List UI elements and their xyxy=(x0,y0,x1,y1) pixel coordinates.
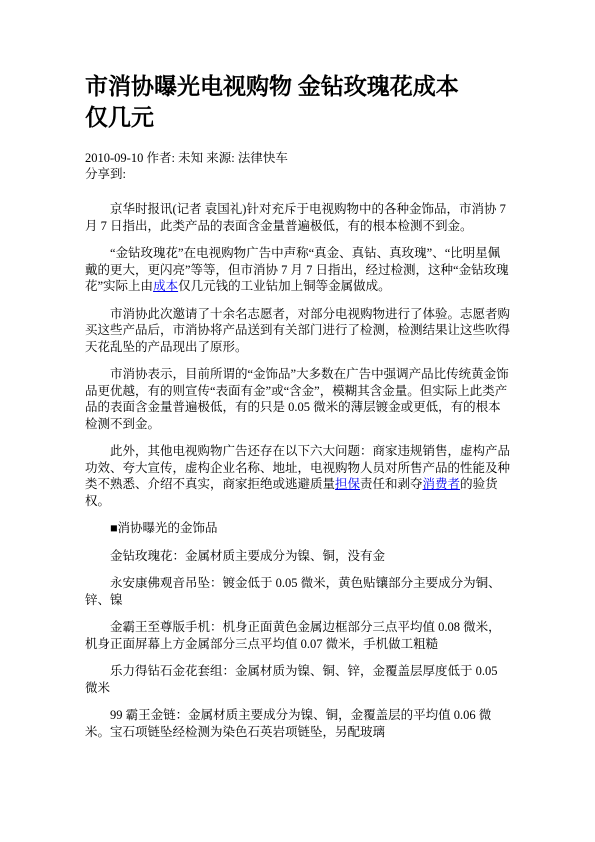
article-title-line2: 仅几元 xyxy=(85,105,154,130)
inline-link[interactable]: 担保 xyxy=(335,477,360,491)
inline-link[interactable]: 消费者 xyxy=(423,477,461,491)
article-title: 市消协曝光电视购物 金钻玫瑰花成本仅几元 xyxy=(85,71,511,133)
share-label: 分享到: xyxy=(85,166,511,182)
exposed-item-phone: 金霸王至尊版手机：机身正面黄色金属边框部分三点平均值 0.08 微米，机身正面屏… xyxy=(85,619,511,652)
volunteers-paragraph: 市消协此次邀请了十余名志愿者，对部分电视购物进行了体验。志愿者购买这些产品后，市… xyxy=(85,306,511,356)
section-heading: ■消协曝光的金饰品 xyxy=(85,520,511,537)
author-value: 未知 xyxy=(178,151,203,165)
article-date: 2010-09-10 xyxy=(85,151,143,165)
article-body: 京华时报讯(记者 袁国礼)针对充斥于电视购物中的各种金饰品，市消协 7 月 7 … xyxy=(85,201,511,740)
inline-link[interactable]: 成本 xyxy=(153,279,178,293)
exposed-item-flower-set: 乐力得钻石金花套组：金属材质为镍、铜、锌，金覆盖层厚度低于 0.05 微米 xyxy=(85,663,511,696)
article-title-line1: 市消协曝光电视购物 金钻玫瑰花成本 xyxy=(85,74,459,99)
author-label: 作者: xyxy=(146,151,174,165)
gold-content-paragraph: 市消协表示，目前所谓的“金饰品”大多数在广告中强调产品比传统黄金饰品更优越，有的… xyxy=(85,366,511,432)
rose-claim-paragraph: “金钻玫瑰花”在电视购物广告中声称“真金、真钻、真玫瑰”、“比明星佩戴的更大，更… xyxy=(85,245,511,295)
document-page: 市消协曝光电视购物 金钻玫瑰花成本仅几元 2010-09-10 作者: 未知 来… xyxy=(0,0,595,842)
intro-paragraph: 京华时报讯(记者 袁国礼)针对充斥于电视购物中的各种金饰品，市消协 7 月 7 … xyxy=(85,201,511,234)
article-meta-line: 2010-09-10 作者: 未知 来源: 法律快车 xyxy=(85,150,511,166)
six-problems-paragraph: 此外，其他电视购物广告还存在以下六大问题：商家违规销售，虚构产品功效、夸大宣传，… xyxy=(85,443,511,509)
source-label: 来源: xyxy=(206,151,234,165)
article-meta: 2010-09-10 作者: 未知 来源: 法律快车 分享到: xyxy=(85,150,511,182)
exposed-item-chain: 99 霸王金链：金属材质主要成分为镍、铜，金覆盖层的平均值 0.06 微米。宝石… xyxy=(85,707,511,740)
exposed-item-rose: 金钻玫瑰花：金属材质主要成分为镍、铜，没有金 xyxy=(85,548,511,565)
exposed-item-pendant: 永安康佛观音吊坠：镀金低于 0.05 微米，黄色贴镶部分主要成分为铜、锌、镍 xyxy=(85,575,511,608)
source-value: 法律快车 xyxy=(238,151,288,165)
